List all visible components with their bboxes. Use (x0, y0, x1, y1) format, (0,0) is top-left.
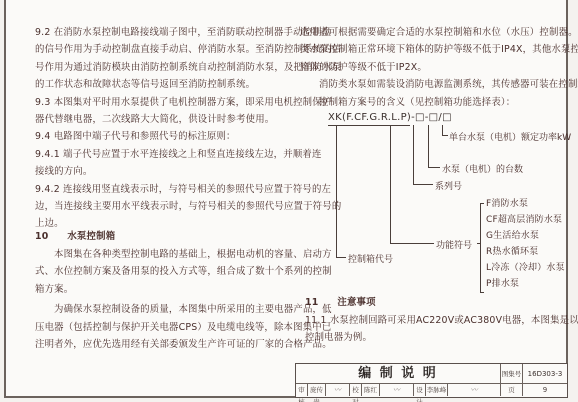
text-line: 为确保水泵控制设备的质量，本图集中所采用的主要电器产品，低 (35, 301, 332, 318)
designer-name: 李脉峰 (426, 384, 448, 396)
code-underline (328, 125, 410, 126)
text-line: 9.4.2 连接线用竖直线表示时，与符号相关的参照代号应置于符号的左 (35, 181, 341, 198)
leader-line (413, 125, 414, 185)
text-line: 选用者可根据需要确定合适的水泵控制箱和水位（水压）控制器。消防 (300, 24, 578, 41)
leader-line (442, 135, 448, 136)
text-line: 控制电器为例。 (305, 329, 578, 346)
text-line: 9.3 本图集对平时用水泵提供了电机控制器方案，即采用电机控制保护 (35, 94, 341, 111)
section-11-body: 11.1 水泵控制回路可采用AC220V或AC380V电器，本图集是以AC220… (305, 312, 578, 347)
text-line: 边，当连接线主要用水平线表示时，与符号相关的参照代号应置于符号的 (35, 198, 341, 215)
text-line: 压电器（包括控制与保护开关电器CPS）及电缆电线等，除本图集中已 (35, 319, 332, 336)
text-line: 号作用为通过消防模块由消防控制系统自动控制消防水泵，及把消防水泵 (35, 59, 341, 76)
text-line: 接线的方向。 (35, 163, 341, 180)
function-item: R热水循环泵 (486, 244, 565, 260)
section-10-heading: 10 水泵控制箱 (35, 228, 115, 245)
leader-line (413, 184, 433, 185)
function-item: CF超高层消防水泵 (486, 212, 565, 228)
text-line: 式、水位控制方案及备用泵的投入方式等，组合成了数十个系列的控制 (35, 263, 332, 280)
brace-line (480, 203, 481, 293)
text-line: 9.4 电路图中端子代号和参照代号的标注原则： (35, 128, 341, 145)
reviewer-name: 庞传贵 (308, 384, 326, 396)
designer-signature: 〰 (448, 384, 501, 396)
function-item: L冷冻（冷却）水泵 (486, 260, 565, 276)
drawing-sheet: 9.2 在消防水泵控制电路接线端子图中，至消防联动控制器手动控制盘 的信号作用为… (4, 0, 568, 398)
series-label: 系列号 (435, 179, 462, 192)
text-line: 的工作状态和故障状态等信号返回至消防控制系统。 (35, 76, 341, 93)
count-label: 水泵（电机）的台数 (442, 162, 523, 175)
text-line: 11.1 水泵控制回路可采用AC220V或AC380V电器，本图集是以AC220… (305, 312, 578, 329)
function-list: F消防水泵 CF超高层消防水泵 G生活给水泵 R热水循环泵 L冷冻（冷却）水泵 … (486, 196, 565, 292)
drawing-title: 编 制 说 明 (296, 364, 501, 384)
check-label: 校对 (350, 384, 362, 396)
section-title: 水泵控制箱 (67, 231, 115, 242)
power-label: 单台水泵（电机）额定功率kW (449, 130, 571, 143)
section-10-body: 本图集在各种类型控制电路的基础上，根据电动机的容量、启动方 式、水位控制方案及备… (35, 246, 332, 353)
leader-line (336, 257, 346, 258)
text-line: 消防类水泵如需装设消防电源监测系统，其传感器可装在控制箱中。 (300, 76, 578, 93)
code-format: XK(F.CF.G.R.L.P)-□-□/□ (328, 112, 452, 123)
section-11-heading: 11 注意事项 (305, 294, 376, 311)
text-line: 箱体的防护等级不低于IP2X。 (300, 59, 578, 76)
design-label: 设计 (414, 384, 426, 396)
text-line: 类水泵控制箱正常环境下箱体的防护等级不低于IP4X，其他水泵控制箱 (300, 41, 578, 58)
atlas-no-label: 图集号 (501, 364, 523, 384)
leader-line (336, 126, 337, 258)
function-item: P排水泵 (486, 276, 565, 292)
brace-line (480, 292, 484, 293)
function-item: F消防水泵 (486, 196, 565, 212)
brace-line (480, 203, 484, 204)
leader-line (390, 126, 391, 243)
function-label: 功能符号 (436, 238, 472, 251)
checker-signature: 〰 (380, 384, 414, 396)
section-number: 10 (35, 231, 48, 242)
checker-name: 陈红 (362, 384, 380, 396)
title-block: 编 制 说 明 图集号 16D303-3 审核 庞传贵 〰 校对 陈红 〰 设计… (295, 363, 568, 398)
text-line: 9.4.1 端子代号应置于水平连接线之上和竖直连接线左边，并顺着连 (35, 146, 341, 163)
text-line: 的信号作用为手动控制盘直接手动启、停消防水泵。至消防控制系统的信 (35, 41, 341, 58)
box-label: 控制箱代号 (348, 252, 393, 265)
text-line: 控制箱方案号的含义（见控制箱功能选择表）： (300, 94, 578, 111)
leader-line (428, 125, 429, 168)
section-title: 注意事项 (337, 297, 375, 308)
text-line: 9.2 在消防水泵控制电路接线端子图中，至消防联动控制器手动控制盘 (35, 24, 341, 41)
text-line: 本图集在各种类型控制电路的基础上，根据电动机的容量、启动方 (35, 246, 332, 263)
text-line: 器代替继电器，二次线路大大简化，供设计时参考使用。 (35, 111, 341, 128)
leader-line (428, 167, 440, 168)
brace-line (477, 243, 481, 244)
atlas-no: 16D303-3 (523, 364, 567, 384)
text-line: 注明者外，应优先选用经有关部委颁发生产许可证的厂家的合格产品。 (35, 336, 332, 353)
review-label: 审核 (296, 384, 308, 396)
leader-line (390, 243, 434, 244)
section-9-2: 9.2 在消防水泵控制电路接线端子图中，至消防联动控制器手动控制盘 的信号作用为… (35, 24, 341, 233)
right-intro: 选用者可根据需要确定合适的水泵控制箱和水位（水压）控制器。消防 类水泵控制箱正常… (300, 24, 578, 111)
page-label: 页 (501, 384, 523, 396)
page-number: 9 (523, 384, 567, 396)
reviewer-signature: 〰 (326, 384, 350, 396)
section-number: 11 (305, 297, 318, 308)
text-line: 箱方案。 (35, 281, 332, 298)
function-item: G生活给水泵 (486, 228, 565, 244)
